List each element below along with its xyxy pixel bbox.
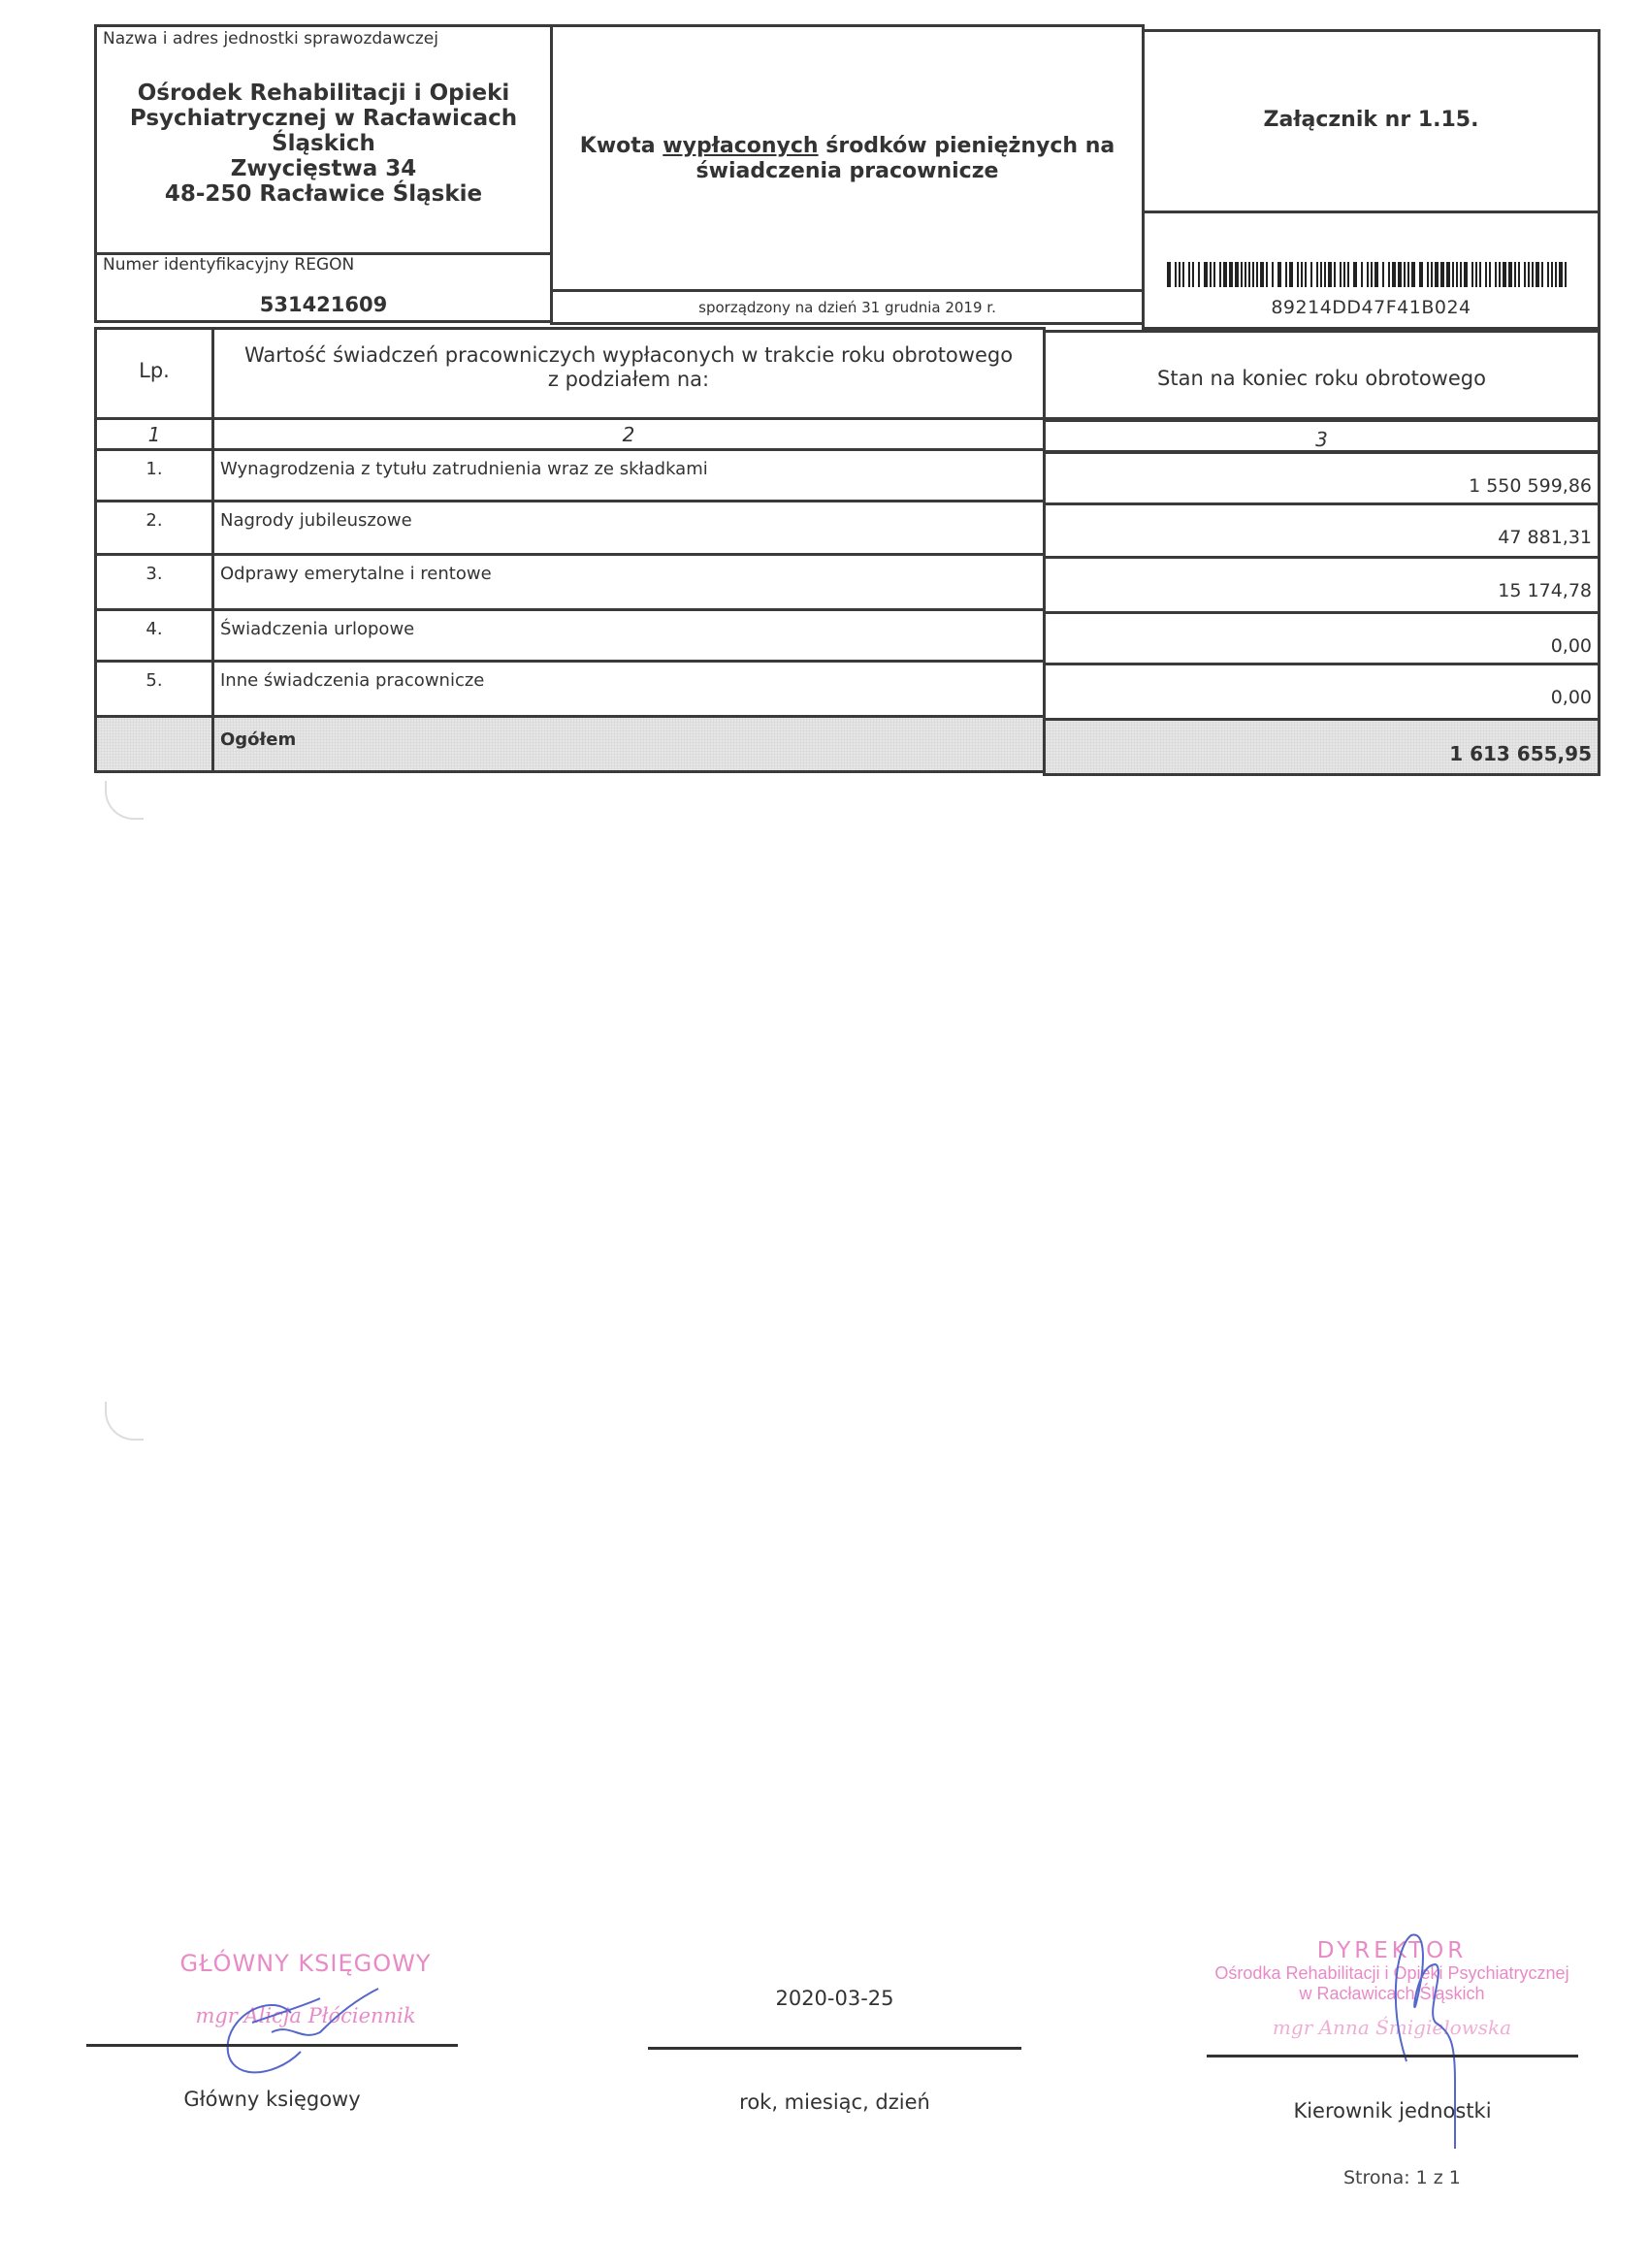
total-value-cell: 1 613 655,95 [1043,718,1600,776]
row-value-cell: 0,00 [1043,611,1600,665]
barcode-code: 89214DD47F41B024 [1145,297,1598,318]
accountant-signature-line [86,2044,458,2047]
total-lp-cell [94,715,214,773]
index-cell: 1 [94,417,214,451]
director-signature-line [1207,2055,1578,2057]
col-header-value: Stan na koniec roku obrotowego [1043,330,1600,420]
row-desc: Odprawy emerytalne i rentowe [220,564,492,584]
row-lp: 2. [97,510,211,531]
total-label: Ogółem [220,729,296,750]
row-desc: Wynagrodzenia z tytułu zatrudnienia wraz… [220,459,708,479]
regon-label: Numer identyfikacyjny REGON [103,255,354,275]
row-lp: 5. [97,670,211,691]
director-caption: Kierownik jednostki [1207,2099,1578,2122]
row-value: 1 550 599,86 [1469,475,1592,497]
row-value-cell: 47 881,31 [1043,502,1600,559]
row-lp: 4. [97,619,211,639]
entity-line: Ośrodek Rehabilitacji i Opieki [97,81,550,106]
row-lp: 1. [97,459,211,479]
barcode-cell: 89214DD47F41B024 [1142,211,1600,330]
row-lp-cell: 5. [94,660,214,718]
row-value-cell: 1 550 599,86 [1043,451,1600,505]
row-value: 15 174,78 [1498,580,1592,601]
barcode-icon [1167,262,1574,287]
accountant-signature [213,1984,407,2090]
col-header-lp: Lp. [94,327,214,420]
col-header-desc: Wartość świadczeń pracowniczych wypłacon… [211,327,1046,420]
attachment-number: Załącznik nr 1.15. [1145,108,1598,132]
attachment-cell: Załącznik nr 1.15. [1142,29,1600,213]
entity-cell: Nazwa i adres jednostki sprawozdawczej O… [94,24,553,255]
entity-line: Zwycięstwa 34 [97,156,550,181]
title-underlined-word: wypłaconych [663,134,818,158]
entity-line: 48-250 Racławice Śląskie [97,181,550,207]
index-cell: 3 [1043,419,1600,453]
row-lp: 3. [97,564,211,584]
total-desc-cell: Ogółem [211,715,1046,773]
accountant-caption: Główny księgowy [86,2088,458,2111]
accountant-stamp-title: GŁÓWNY KSIĘGOWY [145,1950,466,1977]
row-desc-cell: Inne świadczenia pracownicze [211,660,1046,718]
page-number: Strona: 1 z 1 [1343,2167,1461,2188]
row-value-cell: 0,00 [1043,663,1600,721]
title-cell: Kwota wypłaconych środków pieniężnych na… [550,24,1145,292]
punch-hole-mark [105,781,144,820]
entity-line: Psychiatrycznej w Racławicach [97,106,550,131]
date-caption: rok, miesiąc, dzień [648,2090,1021,2114]
index-cell: 2 [211,417,1046,451]
row-desc-cell: Świadczenia urlopowe [211,608,1046,663]
punch-hole-mark [105,1402,144,1441]
entity-label: Nazwa i adres jednostki sprawozdawczej [103,29,438,49]
entity-name-block: Ośrodek Rehabilitacji i Opieki Psychiatr… [97,81,550,207]
total-value: 1 613 655,95 [1449,742,1592,765]
row-value: 47 881,31 [1498,527,1592,548]
row-desc: Inne świadczenia pracownicze [220,670,484,691]
regon-cell: Numer identyfikacyjny REGON 531421609 [94,252,553,323]
row-desc-cell: Odprawy emerytalne i rentowe [211,553,1046,611]
signing-date: 2020-03-25 [648,1987,1021,2010]
row-value: 0,00 [1551,635,1592,657]
entity-line: Śląskich [97,131,550,156]
row-value: 0,00 [1551,687,1592,708]
date-line [648,2047,1021,2050]
date-cell: sporządzony na dzień 31 grudnia 2019 r. [550,289,1145,325]
row-desc: Nagrody jubileuszowe [220,510,412,531]
row-lp-cell: 2. [94,500,214,556]
report-date: sporządzony na dzień 31 grudnia 2019 r. [553,299,1142,316]
regon-value: 531421609 [97,292,550,317]
report-title: Kwota wypłaconych środków pieniężnych na… [553,134,1142,184]
row-lp-cell: 1. [94,448,214,502]
row-desc: Świadczenia urlopowe [220,619,414,639]
row-desc-cell: Nagrody jubileuszowe [211,500,1046,556]
row-value-cell: 15 174,78 [1043,556,1600,614]
row-lp-cell: 4. [94,608,214,663]
row-lp-cell: 3. [94,553,214,611]
row-desc-cell: Wynagrodzenia z tytułu zatrudnienia wraz… [211,448,1046,502]
